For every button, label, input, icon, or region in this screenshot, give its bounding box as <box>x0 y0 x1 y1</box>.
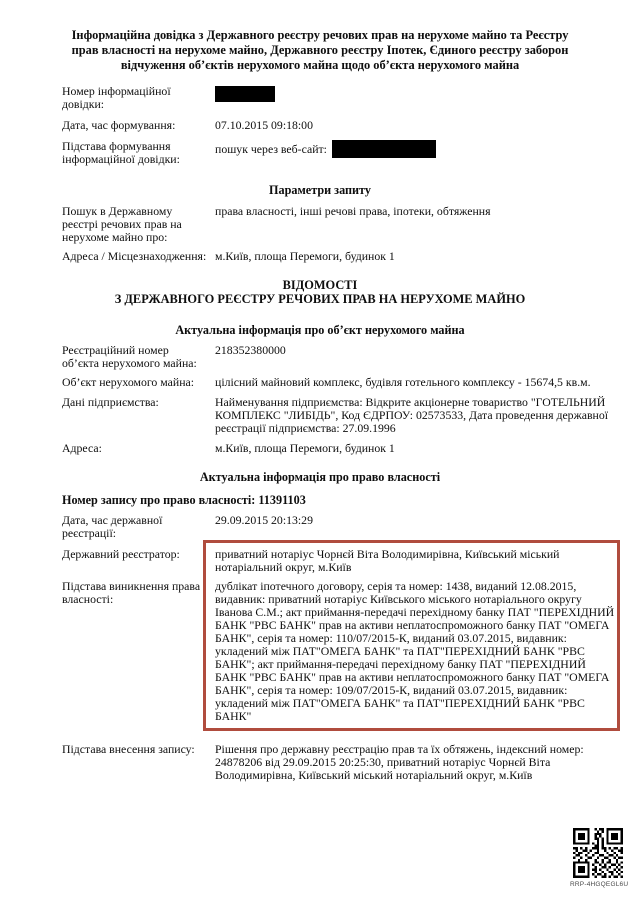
field-row-reg-number: Реєстраційний номер об’єкта нерухомого м… <box>0 344 640 370</box>
section-heading-object-info: Актуальна інформація про об’єкт нерухомо… <box>0 324 640 337</box>
field-label: Дата, час державної реєстрації: <box>62 514 215 540</box>
qr-code-icon <box>573 828 623 878</box>
ownership-record-number-line: Номер запису про право власності: 113911… <box>0 494 640 507</box>
field-row-entry-basis: Підстава внесення запису: Рішення про де… <box>0 743 640 782</box>
field-row-search-scope: Пошук в Державному реєстрі речових прав … <box>0 205 640 244</box>
document-title-line: прав власності на нерухоме майно, Держав… <box>0 43 640 58</box>
field-value <box>215 85 620 111</box>
field-label: Дата, час формування: <box>62 119 215 132</box>
field-label: Підстава формування інформаційної довідк… <box>62 140 215 166</box>
field-label: Адреса: <box>62 442 215 455</box>
document-title-line: відчуження об’єктів нерухомого майна щод… <box>0 58 640 73</box>
field-row-state-registration-datetime: Дата, час державної реєстрації: 29.09.20… <box>0 514 640 540</box>
field-row-object: Об’єкт нерухомого майна: цілісний майнов… <box>0 376 640 389</box>
field-label: Об’єкт нерухомого майна: <box>62 376 215 389</box>
register-heading-line: ВІДОМОСТІ <box>0 279 640 293</box>
highlighted-fields-group: Державний реєстратор: приватний нотаріус… <box>0 548 640 723</box>
qr-block: RRP-4HGQEGL6U <box>570 828 626 888</box>
field-value: приватний нотаріус Чорнєй Віта Володимир… <box>215 548 620 574</box>
field-label: Підстава внесення запису: <box>62 743 215 782</box>
field-row-state-registrar: Державний реєстратор: приватний нотаріус… <box>0 548 640 574</box>
register-heading-line: З ДЕРЖАВНОГО РЕЄСТРУ РЕЧОВИХ ПРАВ НА НЕР… <box>0 293 640 307</box>
field-label: Номер інформаційної довідки: <box>62 85 215 111</box>
field-value: пошук через веб-сайт: <box>215 140 620 166</box>
field-row-company: Дані підприємства: Найменування підприєм… <box>0 396 640 435</box>
redacted-value <box>215 86 275 102</box>
document-page: Інформаційна довідка з Державного реєстр… <box>0 0 640 905</box>
field-value: Рішення про державну реєстрацію прав та … <box>215 743 620 782</box>
field-row-object-address: Адреса: м.Київ, площа Перемоги, будинок … <box>0 442 640 455</box>
field-value-text: пошук через веб-сайт: <box>215 142 327 156</box>
field-value: цілісний майновий комплекс, будівля готе… <box>215 376 620 389</box>
redacted-value <box>332 140 436 158</box>
field-row-formation-datetime: Дата, час формування: 07.10.2015 09:18:0… <box>0 119 640 132</box>
field-value: дублікат іпотечного договору, серія та н… <box>215 580 620 723</box>
field-label: Адреса / Місцезнаходження: <box>62 250 215 263</box>
document-title-line: Інформаційна довідка з Державного реєстр… <box>0 28 640 43</box>
field-label: Пошук в Державному реєстрі речових прав … <box>62 205 215 244</box>
field-value: 29.09.2015 20:13:29 <box>215 514 620 540</box>
field-label: Реєстраційний номер об’єкта нерухомого м… <box>62 344 215 370</box>
field-value: права власності, інші речові права, іпот… <box>215 205 620 244</box>
field-value: 07.10.2015 09:18:00 <box>215 119 620 132</box>
field-label: Підстава виникнення права власності: <box>62 580 215 723</box>
field-value: Найменування підприємства: Відкрите акці… <box>215 396 620 435</box>
section-heading-ownership-info: Актуальна інформація про право власності <box>0 471 640 484</box>
field-label: Державний реєстратор: <box>62 548 215 574</box>
field-label: Дані підприємства: <box>62 396 215 435</box>
section-heading-register: ВІДОМОСТІ З ДЕРЖАВНОГО РЕЄСТРУ РЕЧОВИХ П… <box>0 279 640 306</box>
field-row-certificate-number: Номер інформаційної довідки: <box>0 85 640 111</box>
document-title: Інформаційна довідка з Державного реєстр… <box>0 0 640 73</box>
section-heading-request-params: Параметри запиту <box>0 184 640 197</box>
field-row-ownership-origin-basis: Підстава виникнення права власності: дуб… <box>0 580 640 723</box>
field-value: м.Київ, площа Перемоги, будинок 1 <box>215 250 620 263</box>
field-row-formation-basis: Підстава формування інформаційної довідк… <box>0 140 640 166</box>
qr-code-label: RRP-4HGQEGL6U <box>570 881 626 888</box>
field-value: м.Київ, площа Перемоги, будинок 1 <box>215 442 620 455</box>
document-body: Номер інформаційної довідки: Дата, час ф… <box>0 85 640 782</box>
field-row-search-address: Адреса / Місцезнаходження: м.Київ, площа… <box>0 250 640 263</box>
field-value: 218352380000 <box>215 344 620 370</box>
